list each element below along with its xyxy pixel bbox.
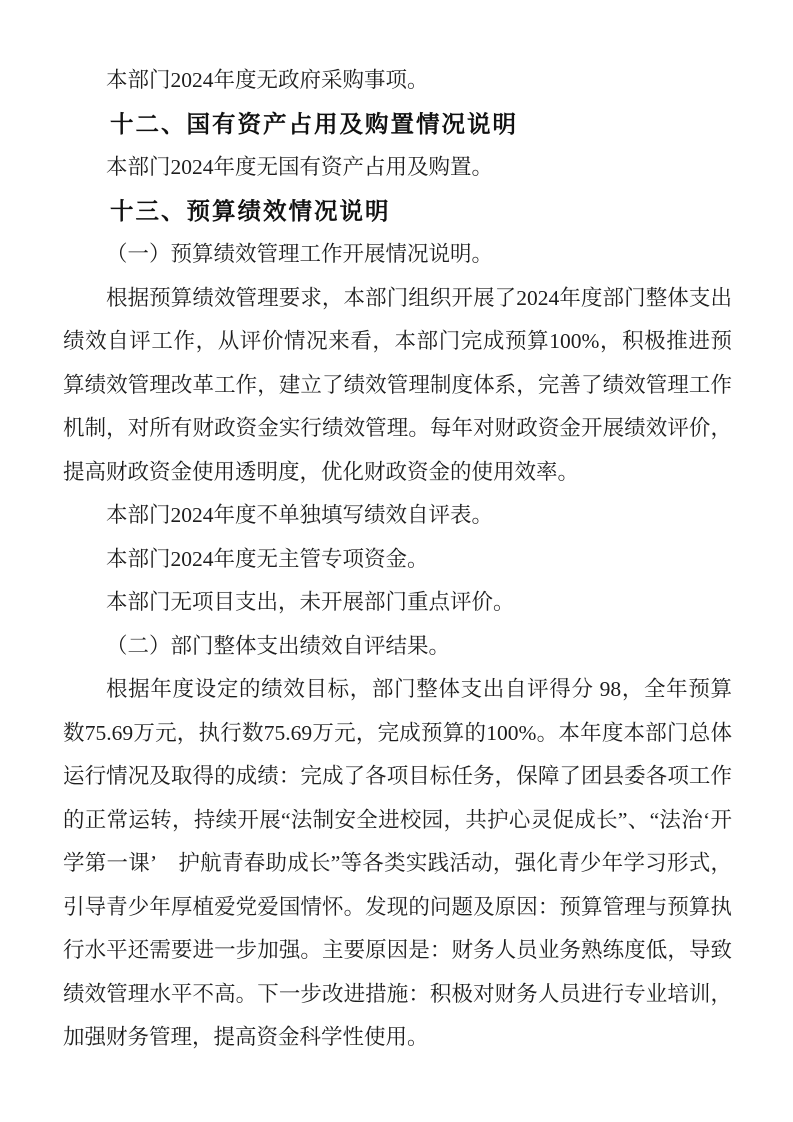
paragraph-subsection-2-title: （二）部门整体支出绩效自评结果。 bbox=[63, 625, 732, 669]
document-page: 本部门2024年度无政府采购事项。 十二、国有资产占用及购置情况说明 本部门20… bbox=[0, 0, 793, 1122]
heading-section-13-budget-performance: 十三、预算绩效情况说明 bbox=[63, 190, 732, 234]
paragraph-no-special-funds: 本部门2024年度无主管专项资金。 bbox=[63, 538, 732, 582]
paragraph-no-state-assets: 本部门2024年度无国有资产占用及购置。 bbox=[63, 146, 732, 190]
paragraph-self-evaluation-result: 根据年度设定的绩效目标，部门整体支出自评得分 98，全年预算数75.69万元，执… bbox=[63, 668, 732, 1060]
heading-section-12-state-assets: 十二、国有资产占用及购置情况说明 bbox=[63, 103, 732, 147]
paragraph-no-separate-self-eval-form: 本部门2024年度不单独填写绩效自评表。 bbox=[63, 494, 732, 538]
paragraph-no-project-expenditure: 本部门无项目支出，未开展部门重点评价。 bbox=[63, 581, 732, 625]
paragraph-subsection-1-title: （一）预算绩效管理工作开展情况说明。 bbox=[63, 233, 732, 277]
paragraph-performance-management-overview: 根据预算绩效管理要求，本部门组织开展了2024年度部门整体支出绩效自评工作，从评… bbox=[63, 277, 732, 495]
paragraph-no-gov-procurement: 本部门2024年度无政府采购事项。 bbox=[63, 59, 732, 103]
